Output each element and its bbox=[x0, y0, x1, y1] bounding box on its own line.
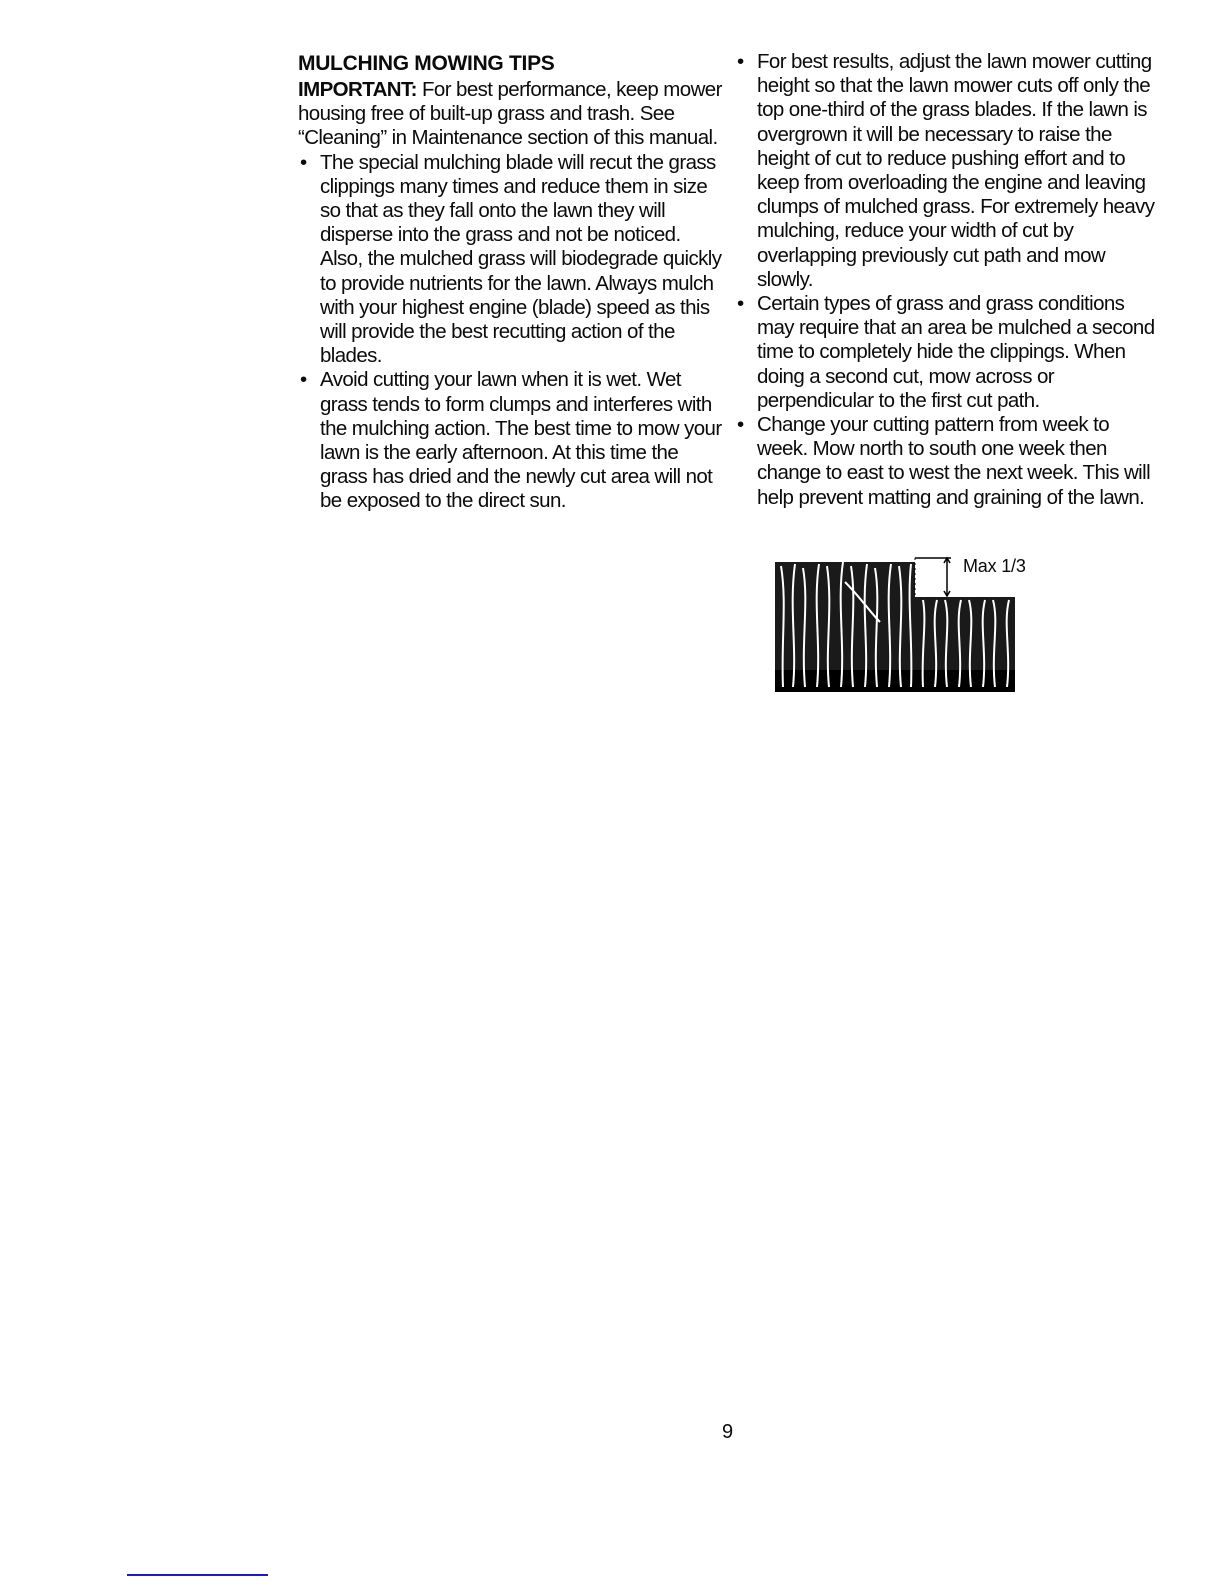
bullet-icon: • bbox=[737, 50, 744, 74]
list-item: •The special mulching blade will recut t… bbox=[298, 151, 723, 369]
list-item-text: The special mulching blade will recut th… bbox=[320, 151, 721, 368]
left-bullet-list: •The special mulching blade will recut t… bbox=[298, 151, 723, 514]
list-item-text: Certain types of grass and grass conditi… bbox=[757, 292, 1155, 412]
list-item-text: For best results, adjust the lawn mower … bbox=[757, 50, 1154, 291]
bullet-icon: • bbox=[737, 292, 744, 316]
list-item-text: Change your cutting pattern from week to… bbox=[757, 413, 1150, 509]
bullet-icon: • bbox=[300, 368, 307, 392]
right-bullet-list: •For best results, adjust the lawn mower… bbox=[735, 50, 1155, 510]
list-item-text: Avoid cutting your lawn when it is wet. … bbox=[320, 368, 722, 512]
important-note: IMPORTANT: For best performance, keep mo… bbox=[298, 78, 723, 151]
list-item: •For best results, adjust the lawn mower… bbox=[735, 50, 1155, 292]
max-cut-label: Max 1/3 bbox=[963, 556, 1026, 577]
list-item: •Change your cutting pattern from week t… bbox=[735, 413, 1155, 510]
important-label: IMPORTANT: bbox=[298, 78, 417, 101]
list-item: •Certain types of grass and grass condit… bbox=[735, 292, 1155, 413]
list-item: •Avoid cutting your lawn when it is wet.… bbox=[298, 368, 723, 513]
section-title: MULCHING MOWING TIPS bbox=[298, 50, 723, 78]
left-column: MULCHING MOWING TIPS IMPORTANT: For best… bbox=[298, 50, 723, 514]
page-number: 9 bbox=[722, 1421, 733, 1444]
bullet-icon: • bbox=[300, 151, 307, 175]
right-column: •For best results, adjust the lawn mower… bbox=[735, 50, 1155, 510]
footer-divider bbox=[127, 1574, 268, 1576]
bullet-icon: • bbox=[737, 413, 744, 437]
